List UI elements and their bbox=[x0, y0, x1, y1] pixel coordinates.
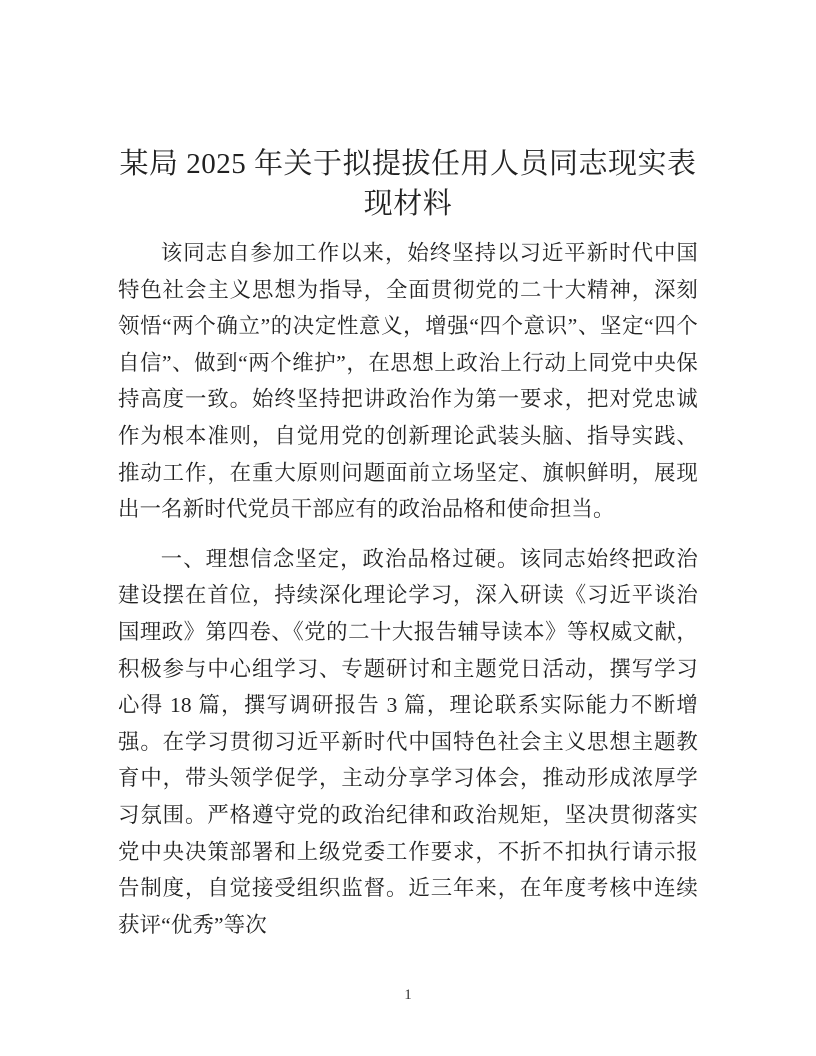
document-title: 某局 2025 年关于拟提拔任用人员同志现实表现材料 bbox=[118, 144, 698, 224]
document-page: 某局 2025 年关于拟提拔任用人员同志现实表现材料 该同志自参加工作以来，始终… bbox=[0, 0, 816, 1056]
page-footer: 1 bbox=[0, 985, 816, 1005]
paragraph-intro: 该同志自参加工作以来，始终坚持以习近平新时代中国特色社会主义思想为指导，全面贯彻… bbox=[118, 235, 698, 528]
paragraph-section-1: 一、理想信念坚定，政治品格过硬。该同志始终把政治建设摆在首位，持续深化理论学习，… bbox=[118, 541, 698, 944]
document-body: 某局 2025 年关于拟提拔任用人员同志现实表现材料 该同志自参加工作以来，始终… bbox=[0, 0, 816, 943]
page-number: 1 bbox=[404, 987, 412, 1003]
